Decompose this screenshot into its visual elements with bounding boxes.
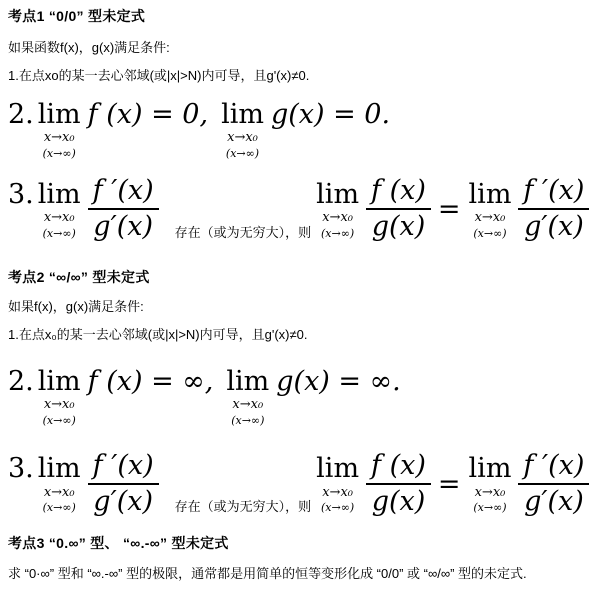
lim-operator: lim bbox=[221, 99, 264, 130]
lim-group: 3. lim x→x₀ (x→∞) bbox=[8, 453, 88, 514]
fraction-numerator: f ′(x) bbox=[88, 451, 159, 485]
formula-item-number: 2. bbox=[8, 99, 34, 130]
lim-subscript: x→x₀ bbox=[44, 131, 75, 146]
fraction-numerator: f ′(x) bbox=[518, 451, 589, 485]
lim-subscript-paren: (x→∞) bbox=[473, 501, 506, 514]
math-expression-g: g(x) = ∞. bbox=[276, 366, 400, 397]
lim-subscript: x→x₀ bbox=[232, 398, 263, 413]
section1-formula-lhopital: 3. lim x→x₀ (x→∞) f ′(x) g′(x) 存在（或为无穷大）… bbox=[8, 176, 591, 242]
lim-subscript-paren: (x→∞) bbox=[43, 414, 76, 427]
fraction-denominator: g(x) bbox=[367, 485, 431, 517]
lim-subscript-paren: (x→∞) bbox=[321, 227, 354, 240]
lim-block: lim x→x₀ (x→∞) bbox=[316, 179, 359, 240]
fraction-functions: f (x) g(x) bbox=[366, 176, 431, 242]
section1-intro: 如果函数f(x)，g(x)满足条件: bbox=[8, 39, 591, 57]
lhopital-equation: lim x→x₀ (x→∞) f (x) g(x) = lim x→x₀ (x→… bbox=[315, 176, 589, 242]
fraction-denominator: g(x) bbox=[367, 210, 431, 242]
lim-block: lim x→x₀ (x→∞) bbox=[38, 366, 81, 427]
fraction-numerator: f (x) bbox=[366, 451, 431, 485]
fraction-derivatives: f ′(x) g′(x) bbox=[518, 176, 589, 242]
fraction-denominator: g′(x) bbox=[88, 485, 158, 517]
lim-operator: lim bbox=[469, 179, 512, 210]
lim-subscript: x→x₀ bbox=[322, 211, 353, 226]
lim-subscript: x→x₀ bbox=[227, 131, 258, 146]
formula-item-number: 3. bbox=[8, 179, 34, 210]
lim-operator: lim bbox=[469, 453, 512, 484]
fraction-denominator: g′(x) bbox=[88, 210, 158, 242]
lim-subscript-paren: (x→∞) bbox=[226, 147, 259, 160]
section2-formula-limits-infinity: 2. lim x→x₀ (x→∞) f (x) = ∞, lim x→x₀ (x… bbox=[8, 366, 591, 427]
lim-operator: lim bbox=[226, 366, 269, 397]
formula-item-number: 3. bbox=[8, 453, 34, 484]
lim-block: lim x→x₀ (x→∞) bbox=[38, 179, 81, 240]
math-expression-f: f (x) = 0, bbox=[88, 99, 208, 130]
section1-formula-limits-zero: 2. lim x→x₀ (x→∞) f (x) = 0, lim x→x₀ (x… bbox=[8, 99, 591, 160]
math-expression-g: g(x) = 0. bbox=[271, 99, 390, 130]
lim-block: lim x→x₀ (x→∞) bbox=[38, 99, 81, 160]
fraction-functions: f (x) g(x) bbox=[366, 451, 431, 517]
lim-block: lim x→x₀ (x→∞) bbox=[226, 366, 269, 427]
exists-text: 存在（或为无穷大），则 bbox=[175, 496, 312, 515]
fraction-derivatives: f ′(x) g′(x) bbox=[518, 451, 589, 517]
lim-subscript: x→x₀ bbox=[44, 398, 75, 413]
lim-block: lim x→x₀ (x→∞) bbox=[469, 453, 512, 514]
exists-text: 存在（或为无穷大），则 bbox=[175, 222, 312, 241]
lim-subscript-paren: (x→∞) bbox=[43, 227, 76, 240]
lim-subscript-paren: (x→∞) bbox=[43, 147, 76, 160]
section2-formula-lhopital: 3. lim x→x₀ (x→∞) f ′(x) g′(x) 存在（或为无穷大）… bbox=[8, 451, 591, 517]
lim-subscript: x→x₀ bbox=[44, 211, 75, 226]
fraction-numerator: f ′(x) bbox=[518, 176, 589, 210]
section1-condition: 1.在点xo的某一去心邻域(或|x|>N)内可导，且g'(x)≠0. bbox=[8, 67, 591, 85]
lim-subscript-paren: (x→∞) bbox=[473, 227, 506, 240]
lim-subscript: x→x₀ bbox=[475, 211, 506, 226]
lim-block: lim x→x₀ (x→∞) bbox=[38, 453, 81, 514]
lim-subscript: x→x₀ bbox=[322, 486, 353, 501]
fraction-derivatives: f ′(x) g′(x) bbox=[88, 176, 159, 242]
lim-operator: lim bbox=[316, 453, 359, 484]
lim-block: lim x→x₀ (x→∞) bbox=[469, 179, 512, 240]
lim-subscript-paren: (x→∞) bbox=[231, 414, 264, 427]
lim-operator: lim bbox=[38, 453, 81, 484]
section2-condition: 1.在点x₀的某一去心邻域(或|x|>N)内可导，且g'(x)≠0. bbox=[8, 326, 591, 344]
lim-subscript: x→x₀ bbox=[44, 486, 75, 501]
section3-heading: 考点3 “0.∞” 型、 “∞.-∞” 型未定式 bbox=[8, 535, 591, 551]
lim-operator: lim bbox=[38, 179, 81, 210]
formula-item-number: 2. bbox=[8, 366, 34, 397]
section2-intro: 如果f(x)，g(x)满足条件: bbox=[8, 298, 591, 316]
lim-subscript-paren: (x→∞) bbox=[43, 501, 76, 514]
section3-body: 求 “0·∞” 型和 “∞.-∞” 型的极限，通常都是用简单的恒等变形化成 “0… bbox=[8, 565, 591, 583]
section1-heading: 考点1 “0/0” 型未定式 bbox=[8, 8, 591, 24]
math-expression-f: f (x) = ∞, bbox=[88, 366, 214, 397]
fraction-numerator: f ′(x) bbox=[88, 176, 159, 210]
lim-group: 3. lim x→x₀ (x→∞) bbox=[8, 179, 88, 240]
equals-sign: = bbox=[438, 469, 461, 500]
lim-operator: lim bbox=[316, 179, 359, 210]
fraction-derivatives: f ′(x) g′(x) bbox=[88, 451, 159, 517]
section2-heading: 考点2 “∞/∞” 型未定式 bbox=[8, 269, 591, 285]
lim-subscript: x→x₀ bbox=[475, 486, 506, 501]
lim-block: lim x→x₀ (x→∞) bbox=[316, 453, 359, 514]
lim-operator: lim bbox=[38, 366, 81, 397]
document-page: 考点1 “0/0” 型未定式 如果函数f(x)，g(x)满足条件: 1.在点xo… bbox=[0, 0, 591, 614]
lim-subscript-paren: (x→∞) bbox=[321, 501, 354, 514]
lhopital-equation: lim x→x₀ (x→∞) f (x) g(x) = lim x→x₀ (x→… bbox=[315, 451, 589, 517]
fraction-denominator: g′(x) bbox=[519, 485, 589, 517]
equals-sign: = bbox=[438, 194, 461, 225]
fraction-denominator: g′(x) bbox=[519, 210, 589, 242]
fraction-numerator: f (x) bbox=[366, 176, 431, 210]
lim-block: lim x→x₀ (x→∞) bbox=[221, 99, 264, 160]
lim-operator: lim bbox=[38, 99, 81, 130]
